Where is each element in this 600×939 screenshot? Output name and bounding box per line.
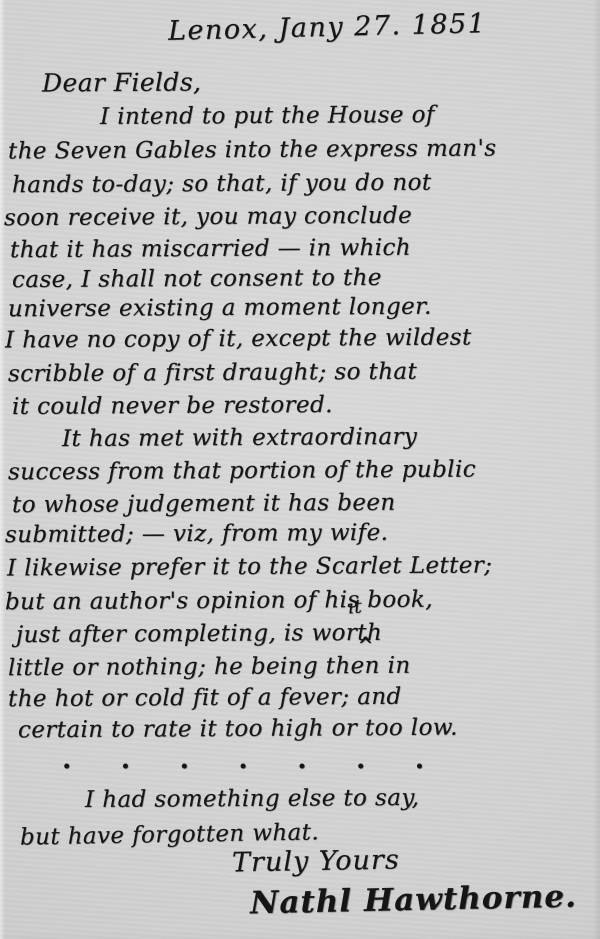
letter-line: hands to-day; so that, if you do not bbox=[12, 170, 432, 199]
inserted-word: it bbox=[347, 596, 362, 619]
letter-line: but an author's opinion of his book, bbox=[5, 587, 433, 616]
letter-line: scribble of a first draught; so that bbox=[8, 359, 417, 387]
letter-line: It has met with extraordinary bbox=[62, 424, 417, 452]
letter-line: certain to rate it too high or too low. bbox=[18, 715, 458, 744]
letter-line: just after completing, is worth bbox=[16, 620, 382, 648]
letter-line: soon receive it, you may conclude bbox=[4, 203, 412, 231]
letter-line: success from that portion of the public bbox=[8, 457, 476, 486]
letter-line: that it has miscarried — in which bbox=[10, 235, 411, 263]
letter-line: the Seven Gables into the express man's bbox=[8, 136, 497, 165]
separator-dots: . . . . . . . bbox=[62, 744, 424, 775]
letter-line: universe existing a moment longer. bbox=[8, 294, 432, 323]
letter-line: submitted; — viz, from my wife. bbox=[5, 520, 388, 548]
valediction: Truly Yours bbox=[232, 845, 400, 879]
signature: Nathl Hawthorne. bbox=[250, 879, 578, 922]
letter-line: it could never be restored. bbox=[12, 392, 333, 420]
letter-line: to whose judgement it has been bbox=[12, 490, 396, 518]
letter-line: I had something else to say, bbox=[85, 785, 420, 813]
letter-line: I likewise prefer it to the Scarlet Lett… bbox=[7, 553, 492, 582]
letter-line: case, I shall not consent to the bbox=[12, 265, 382, 293]
letter-line: I intend to put the House of bbox=[100, 102, 435, 130]
letter-line: little or nothing; he being then in bbox=[8, 653, 411, 681]
caret-insertion-mark: ^ bbox=[358, 633, 373, 660]
salutation: Dear Fields, bbox=[42, 68, 202, 98]
letter-page: Lenox, Jany 27. 1851 Dear Fields, I inte… bbox=[0, 0, 600, 939]
letter-line: I have no copy of it, except the wildest bbox=[5, 325, 472, 354]
letter-line: the hot or cold fit of a fever; and bbox=[8, 684, 402, 712]
dateline: Lenox, Jany 27. 1851 bbox=[168, 8, 487, 47]
